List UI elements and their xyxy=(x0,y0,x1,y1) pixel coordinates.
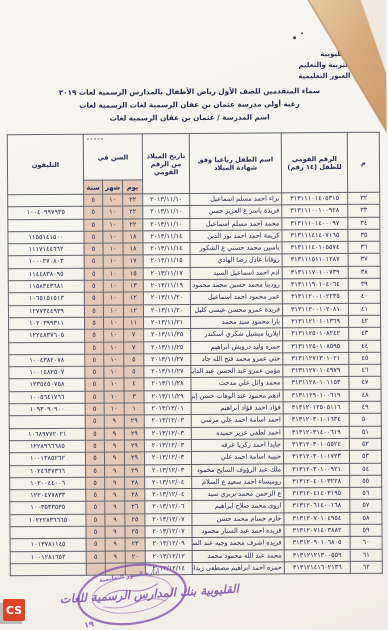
cell-y: ٥ xyxy=(85,428,104,440)
watermark-logo: CS xyxy=(3,599,25,621)
cell-phone: ١١٥٨٣٤٣٦٨١ xyxy=(8,280,84,293)
cell-m: ١٠ xyxy=(103,305,123,317)
cell-phone: ١١٤٤٨٣٨٠٩٥ xyxy=(8,268,84,281)
cell-birth: ٢٠١٣/١١/٢١ xyxy=(144,316,191,329)
cell-birth: ٢٠١٣/١١/١٥ xyxy=(143,255,190,268)
cell-y: ٥ xyxy=(85,317,104,329)
cell-birth: ٢٠١٣/١٢/٠١ xyxy=(144,403,191,416)
cell-d: ٢٩ xyxy=(124,415,144,427)
cell-no: ٥١ xyxy=(349,426,381,439)
cell-birth: ٢٠١٣/١٢/٠٣ xyxy=(144,439,191,452)
cell-d: ٢٢ xyxy=(123,206,143,218)
cell-birth: ٢٠١٣/١١/٢٨ xyxy=(144,378,191,391)
cell-id: ٣١٣١١٢٥٠١٠٨٥٩٥ xyxy=(283,340,349,353)
cell-y: ٥ xyxy=(85,440,104,452)
cell-birth: ٢٠١٣/١٢/٠٣ xyxy=(145,464,192,477)
cell-phone: ١٢٧٧٣٤٤٩٣٩ xyxy=(8,305,84,318)
cell-m: ١٠ xyxy=(104,342,124,354)
cell-name: محمد احمد مسلم اسماعيل xyxy=(190,217,282,230)
cell-phone xyxy=(10,526,86,539)
cell-birth: ٢٠١٣/١١/١٠ xyxy=(143,218,190,231)
cell-id: ٣١٣١٢٠٣١٤٠٠٦١٩ xyxy=(283,426,349,439)
cell-phone xyxy=(8,194,84,207)
cell-phone xyxy=(9,416,85,429)
cell-name: احمد لطفي عزيز حميده xyxy=(191,427,283,440)
cell-y: ٥ xyxy=(85,329,104,341)
cell-phone xyxy=(9,342,85,355)
scanned-document-page: القليوبية التربية والتعليم العبور التعلي… xyxy=(0,0,388,630)
cell-phone: ١٢٢٠٤٧٧٨٣٣ xyxy=(10,489,86,502)
cell-y: ٥ xyxy=(86,502,105,514)
cell-id: ٣١٣١١١٠١٤٠٥٣١٥ xyxy=(282,192,348,205)
header-age-in: ----- السن في xyxy=(83,134,142,180)
cell-d: ٥ xyxy=(124,354,144,366)
cell-d: ١٨ xyxy=(123,243,143,255)
cell-phone xyxy=(8,219,84,232)
cell-name: احمد اسامة احمد علي مرسي xyxy=(191,414,283,427)
cell-phone: ١٠٢٢٢٨٣٦٦٦٥ xyxy=(10,514,86,527)
cell-id: ٣١٣١٢٠٦١٤٠٠١٦٨ xyxy=(284,500,350,513)
cell-id: ٣١٣١٢٠٧١٤٠٣٨٨٢ xyxy=(284,524,350,537)
cell-no: ٤١ xyxy=(348,303,380,316)
cell-name: كريمة احمد احمد نور الدين xyxy=(190,230,282,243)
cell-y: ٥ xyxy=(84,194,103,206)
cell-no: ٦٢ xyxy=(350,561,382,574)
cell-birth: ٢٠١٣/١٢/٠٤ xyxy=(145,476,192,489)
header-day: يوم xyxy=(123,180,143,194)
cell-y: ٥ xyxy=(84,256,103,268)
cell-phone: ١٠٠١٣٨٥٢٦٢ xyxy=(9,452,85,465)
cell-no: ٣٥ xyxy=(348,229,380,242)
cell-id: ٣١٣١٢١٢١٣٠٠٥٥٩ xyxy=(284,549,350,562)
cell-name: روفانا عادل رضا الهادي xyxy=(190,254,282,267)
cell-d: ٢٢ xyxy=(123,218,143,230)
cell-name: ادم احمد اسماعيل السيد xyxy=(190,267,282,280)
cell-m: ١٠ xyxy=(104,354,124,366)
cell-phone: ١٠٢٤٦٣٧٣٦٦ xyxy=(10,465,86,478)
cell-d: ١٢ xyxy=(123,292,143,304)
cell-no: ٤٦ xyxy=(349,364,381,377)
cell-id: ٣١٣١١٢١٠١٠١٣٦٩ xyxy=(283,315,349,328)
cell-m: ٩ xyxy=(104,440,124,452)
cell-no: ٤٠ xyxy=(348,291,380,304)
cell-no: ٥٣ xyxy=(349,450,381,463)
cell-d: ١٥ xyxy=(123,268,143,280)
cell-m: ٩ xyxy=(104,415,124,427)
cell-m: ١٠ xyxy=(104,378,124,390)
cell-m: ٩ xyxy=(105,465,125,477)
cell-m: ١٠ xyxy=(103,292,123,304)
cell-y: ٥ xyxy=(86,489,105,501)
cell-birth: ٢٠١٣/١١/١٠ xyxy=(143,206,190,219)
cell-id: ٣١٣١١١٠٠١٠٠٩٢٨ xyxy=(282,205,348,218)
cell-d: ١١ xyxy=(124,317,144,329)
cell-m: ١٠ xyxy=(103,268,123,280)
cell-no: ٣٨ xyxy=(348,266,380,279)
cell-no: ٥٤ xyxy=(350,463,382,476)
cell-y: ٥ xyxy=(85,415,104,427)
cell-name: فريدة عمرو محسن عيسى كليل xyxy=(190,304,282,317)
cell-id: ٣١٣١١٢٠٠١٠٢٢٣٥ xyxy=(282,291,348,304)
cell-id: ٣١٣١٢١٤١٦٠٢١٣٦ xyxy=(284,561,350,574)
cell-d: ١ xyxy=(124,403,144,415)
cell-y: ٥ xyxy=(85,354,104,366)
cell-no: ٣٤ xyxy=(348,217,380,230)
cell-name: ادهم محمود عبد الوهاب حسن إبراهيم xyxy=(191,390,283,403)
cell-m: ٩ xyxy=(104,452,124,464)
cell-d: ٢٨ xyxy=(125,489,145,501)
cell-d: ٢٨ xyxy=(125,477,145,489)
cell-birth: ٢٠١٣/١٢/٠٣ xyxy=(144,452,191,465)
cell-m: ١٠ xyxy=(104,329,124,341)
cell-m: ١٠ xyxy=(104,391,124,403)
cell-m: ١٠ xyxy=(103,255,123,267)
cell-no: ٦١ xyxy=(350,549,382,562)
cell-d: ٢٦ xyxy=(125,501,145,513)
cell-name: ايلاريا ميشيل شكري اسكندر xyxy=(191,328,283,341)
cell-m: ٩ xyxy=(105,489,125,501)
cell-name: فريده احمد عبد الستار محمود xyxy=(192,525,284,538)
cell-id: ٣١٣١١١٩٠١٠٤٠٦٤ xyxy=(282,279,348,292)
cell-phone: ١٢٣٥٤٥٠٧٥٨ xyxy=(9,379,85,392)
cell-no: ٤٩ xyxy=(349,401,381,414)
cell-id: ٣١٣١٢٠٤٠١٠٣٢٢٨ xyxy=(284,475,350,488)
cell-phone: ١٠٩٣٠٩٠٩٠٠ xyxy=(9,403,85,416)
cell-m: ١٠ xyxy=(103,243,123,255)
cell-birth: ٢٠١٣/١١/٢٠ xyxy=(143,304,190,317)
cell-birth: ٢٠١٣/١٢/٠٣ xyxy=(144,415,191,428)
header-dashes: ----- xyxy=(87,136,105,144)
cell-phone: ١٠٠٤٣٨٢٠٧٨ xyxy=(9,354,85,367)
cell-birth: ٢٠١٣/١١/١٧ xyxy=(143,267,190,280)
cell-id: ٣١٣١٢٠٣٠١٠١٧٢٣ xyxy=(283,451,349,464)
cell-d: ٧ xyxy=(124,341,144,353)
cell-birth: ٢٠١٣/١١/٢٥ xyxy=(144,341,191,354)
cell-phone: ١٠٠٥٦٤١٧٦٦ xyxy=(9,391,85,404)
cell-y: ٥ xyxy=(85,391,104,403)
cell-no: ٤٣ xyxy=(349,327,381,340)
cell-name: براء احمد مسلم اسماعيل xyxy=(190,193,282,206)
cell-d: ٢٣ xyxy=(125,538,145,550)
cell-birth: ٢٠١٣/١٢/٠٣ xyxy=(144,427,191,440)
cell-no: ٤٤ xyxy=(349,340,381,353)
cell-id: ٣١٣١٢٠٣٠١٠١٦٣٤ xyxy=(283,414,349,427)
cell-y: ٥ xyxy=(85,452,104,464)
cell-y: ٥ xyxy=(85,366,104,378)
cell-no: ٣٢ xyxy=(348,192,380,205)
cell-no: ٣٦ xyxy=(348,241,380,254)
cell-name: ياسين محمد حسني ع الشكور xyxy=(190,242,282,255)
cell-id: ٣١٣١١١٥١١٠١٢٨٧ xyxy=(282,254,348,267)
cell-m: ٩ xyxy=(105,526,125,538)
cell-d: ٤ xyxy=(124,378,144,390)
cell-y: ٥ xyxy=(84,280,103,292)
cell-name: فريدة ياسر ع العزيز حسن xyxy=(190,205,282,218)
cell-m: ١٠ xyxy=(103,219,123,231)
cell-phone: ١٢٢٨٩٦٦٦٨٥ xyxy=(9,440,85,453)
cell-m: ١٠ xyxy=(103,231,123,243)
cell-y: ٥ xyxy=(84,268,103,280)
applicants-table-wrap: م الرقم القومي للطفل (١٤ رقم) اسم الطفل … xyxy=(7,132,383,577)
cell-birth: ٢٠١٣/١٢/٠٧ xyxy=(145,526,192,539)
header-year: سنة xyxy=(84,180,103,194)
cell-name: حازم حسام محمد حسن xyxy=(192,513,284,526)
header-month: شهر xyxy=(103,180,123,194)
cell-no: ٥٨ xyxy=(350,512,382,525)
cell-birth: ٢٠١٣/١١/٢٠ xyxy=(143,292,190,305)
cell-birth: ٢٠١٣/١١/١٩ xyxy=(143,280,190,293)
cell-m: ١٠ xyxy=(103,194,123,206)
cell-phone: ١٠٦٨٩٧٧٢٠٢١ xyxy=(9,428,85,441)
cell-d: ٣ xyxy=(124,391,144,403)
cell-no: ٥٦ xyxy=(350,487,382,500)
cell-y: ٥ xyxy=(86,538,105,550)
cell-y: ٥ xyxy=(84,243,103,255)
cell-birth: ٢٠١٣/١١/٢٧ xyxy=(144,353,191,366)
cell-d: ٢٩ xyxy=(125,464,145,476)
cell-no: ٥٩ xyxy=(350,524,382,537)
cell-name: جني عمرو محمد فتح الله جاد xyxy=(191,353,283,366)
cell-id: ٣١٣١٢٠٣٠١٠٠٩٢١ xyxy=(284,463,350,476)
cell-id: ٣١٣١٢٠٤١٤٠٣١٩٥ xyxy=(284,488,350,501)
cell-phone: ١٠٢٠٠٤٤٠٠٦ xyxy=(10,477,86,490)
cell-no: ٤٥ xyxy=(349,352,381,365)
cell-name: حبيبة اسامة احمد علي xyxy=(191,451,283,464)
cell-m: ٩ xyxy=(105,477,125,489)
cell-y: ٥ xyxy=(86,477,105,489)
cell-id: ٣١٣١١٢٧١٣٠١٠٢١ xyxy=(283,352,349,365)
applicants-table: م الرقم القومي للطفل (١٤ رقم) اسم الطفل … xyxy=(7,132,383,577)
cell-no: ٣٧ xyxy=(348,254,380,267)
cell-d: ١٨ xyxy=(123,231,143,243)
cell-d: ٥ xyxy=(124,366,144,378)
camscanner-watermark: CS xyxy=(0,599,30,629)
folded-corner-band xyxy=(226,0,387,150)
cell-birth: ٢٠١٣/١١/١٤ xyxy=(143,230,190,243)
cell-phone: ١١٥٥١٤١٥٠٠ xyxy=(8,231,84,244)
cell-id: ٣١٣١٢٠٧٠١٠٤٩٥٤ xyxy=(284,512,350,525)
cell-birth: ٢٠١٣/١١/٢٥ xyxy=(144,329,191,342)
cell-y: ٥ xyxy=(84,206,103,218)
cell-name: حمزه وليد درويش ابراهيم xyxy=(191,340,283,353)
cell-m: ٩ xyxy=(105,514,125,526)
cell-d: ٢٥ xyxy=(125,526,145,538)
cell-y: ٥ xyxy=(85,342,104,354)
cell-name: روميساء احمد سعيد ع السلام xyxy=(192,476,284,489)
cell-id: ٣١٣١١٢٠٠١٠٢٠٨١ xyxy=(282,303,348,316)
cell-name: فؤاد احمد فؤاد ابراهيم xyxy=(191,402,283,415)
cell-d: ٢٩ xyxy=(124,452,144,464)
cell-id: ٣١٣١٢٠٩٠١٠٦٨٠٥ xyxy=(284,537,350,550)
cell-no: ٣٩ xyxy=(348,278,380,291)
cell-no: ٤٧ xyxy=(349,377,381,390)
cell-phone: ١١١٧١٤٤٦٦٢ xyxy=(8,243,84,256)
cell-name: مؤمن عمرو عبد الحسن عبد الدايم xyxy=(191,365,283,378)
cell-y: ٥ xyxy=(85,403,104,415)
cell-birth: ٢٠١٣/١١/١٠ xyxy=(143,194,190,207)
cell-phone: ١٠١٣٧٨١١٤٥ xyxy=(10,539,86,552)
cell-name: ع الرحمن محمد بربري سيد xyxy=(192,488,284,501)
cell-phone: ١٠٢٠٣٩٩٣١١ xyxy=(9,317,85,330)
cell-m: ١٠ xyxy=(104,366,124,378)
cell-d: ٢٩ xyxy=(124,440,144,452)
cell-y: ٥ xyxy=(86,526,105,538)
cell-birth: ٢٠١٣/١١/٢٩ xyxy=(144,390,191,403)
cell-name: اروى محمد صلاح ابراهيم xyxy=(192,500,284,513)
header-phone: التليفون xyxy=(7,134,83,195)
cell-id: ٣١٣١١٢٨٠١٠١١٥٣ xyxy=(283,377,349,390)
cell-no: ٥٧ xyxy=(350,500,382,513)
cell-d: ٢٩ xyxy=(124,427,144,439)
cell-d: ١٣ xyxy=(123,280,143,292)
cell-no: ٤٨ xyxy=(349,389,381,402)
cell-birth: ٢٠١٣/١١/١٤ xyxy=(143,243,190,256)
cell-id: ٣١٣١١١٤١٤٠٧١٦٥ xyxy=(282,229,348,242)
stamp-number: ١٩ xyxy=(84,619,95,629)
cell-name: فريده اشرف محمد وجيه عبد السلام xyxy=(192,537,284,550)
header-birth-date: تاريخ الميلاد من الرقم القومي xyxy=(142,134,189,194)
cell-d: ١٧ xyxy=(123,255,143,267)
cell-y: ٥ xyxy=(85,379,104,391)
cell-phone: ١٠٠٣٥٣٣٥٣٥ xyxy=(10,502,86,515)
cell-y: ٥ xyxy=(84,305,103,317)
cell-phone: ١٠٠٠٢٧٠٨٠٣ xyxy=(8,256,84,269)
cell-birth: ٢٠١٣/١٢/٠٦ xyxy=(145,501,192,514)
cell-birth: ٢٠١٣/١٢/٠٧ xyxy=(145,513,192,526)
cell-name: عمر محمود احمد اسماعيل xyxy=(190,291,282,304)
cell-phone: ١٢٢٤٨٣٧٦٠٥ xyxy=(9,330,85,343)
cell-y: ٥ xyxy=(84,219,103,231)
cell-id: ٣١٣١٢٠١٢٥٠٥١١٦ xyxy=(283,401,349,414)
cell-m: ١٠ xyxy=(103,280,123,292)
cell-no: ٥٢ xyxy=(349,438,381,451)
cell-birth: ٢٠١٣/١١/٢٧ xyxy=(144,366,191,379)
cell-name: جايدا احمد زكريا عرفه xyxy=(191,439,283,452)
cell-birth: ٢٠١٣/١٢/٠٩ xyxy=(145,538,192,551)
cell-id: ٣١٣١١٢٧٠١٠٤٩٧٩ xyxy=(283,365,349,378)
cell-m: ١٠ xyxy=(104,317,124,329)
cell-birth: ٢٠١٣/١٢/٠٤ xyxy=(145,489,192,502)
cell-d: ٢٥ xyxy=(125,514,145,526)
cell-no: ٤٢ xyxy=(349,315,381,328)
cell-no: ٣٣ xyxy=(348,204,380,217)
cell-y: ٥ xyxy=(86,465,105,477)
cell-no: ٥٠ xyxy=(349,414,381,427)
applicants-body: ٣٢٣١٣١١١٠١٤٠٥٣١٥براء احمد مسلم اسماعيل٢٠… xyxy=(8,192,383,576)
cell-phone: ١٠٠١٤٨٢٥٠٧ xyxy=(9,366,85,379)
cell-id: ٣١٣١١٢٥٠١٠٨٢٤٢ xyxy=(283,328,349,341)
cell-m: ١٠ xyxy=(103,206,123,218)
cell-phone: ١٠٦٥١٥١٥١٣ xyxy=(8,293,84,306)
cell-y: ٥ xyxy=(84,293,103,305)
cell-y: ٥ xyxy=(84,231,103,243)
cell-no: ٥٥ xyxy=(350,475,382,488)
cell-d: ٧ xyxy=(124,329,144,341)
cell-name: ملك عبد الرؤوف السايح محمود xyxy=(192,463,284,476)
cell-id: ٣١٣١١١٧٠١٠٠٧٣٩ xyxy=(282,266,348,279)
cell-id: ٣١٣١١١٤٠١٠٥٥٧٤ xyxy=(282,242,348,255)
cell-no: ٦٠ xyxy=(350,537,382,550)
cell-name: رودينا محمد حسين محمد محمود xyxy=(190,279,282,292)
cell-m: ١٠ xyxy=(104,403,124,415)
cell-d: ١٢ xyxy=(123,305,143,317)
cell-id: ٣١٣١١٢٩٠١٠٠٦١٩ xyxy=(283,389,349,402)
cell-name: محمد وائل علي مدحت xyxy=(191,377,283,390)
cell-m: ٩ xyxy=(105,538,125,550)
cell-name: يارا محمود سيد محمد xyxy=(191,316,283,329)
cell-y: ٥ xyxy=(86,514,105,526)
cell-d: ٢٢ xyxy=(123,194,143,206)
cell-id: ٣١٣١٢٠٣٠١٠٥٥٢٤ xyxy=(283,438,349,451)
cell-m: ٩ xyxy=(104,428,124,440)
cell-phone: ١٠٠٤٠٩٩٧٩٣٥ xyxy=(8,207,84,220)
cell-id: ٣١٣١١١٠١٤٠٠٠٩٧ xyxy=(282,217,348,230)
cell-m: ٩ xyxy=(105,501,125,513)
